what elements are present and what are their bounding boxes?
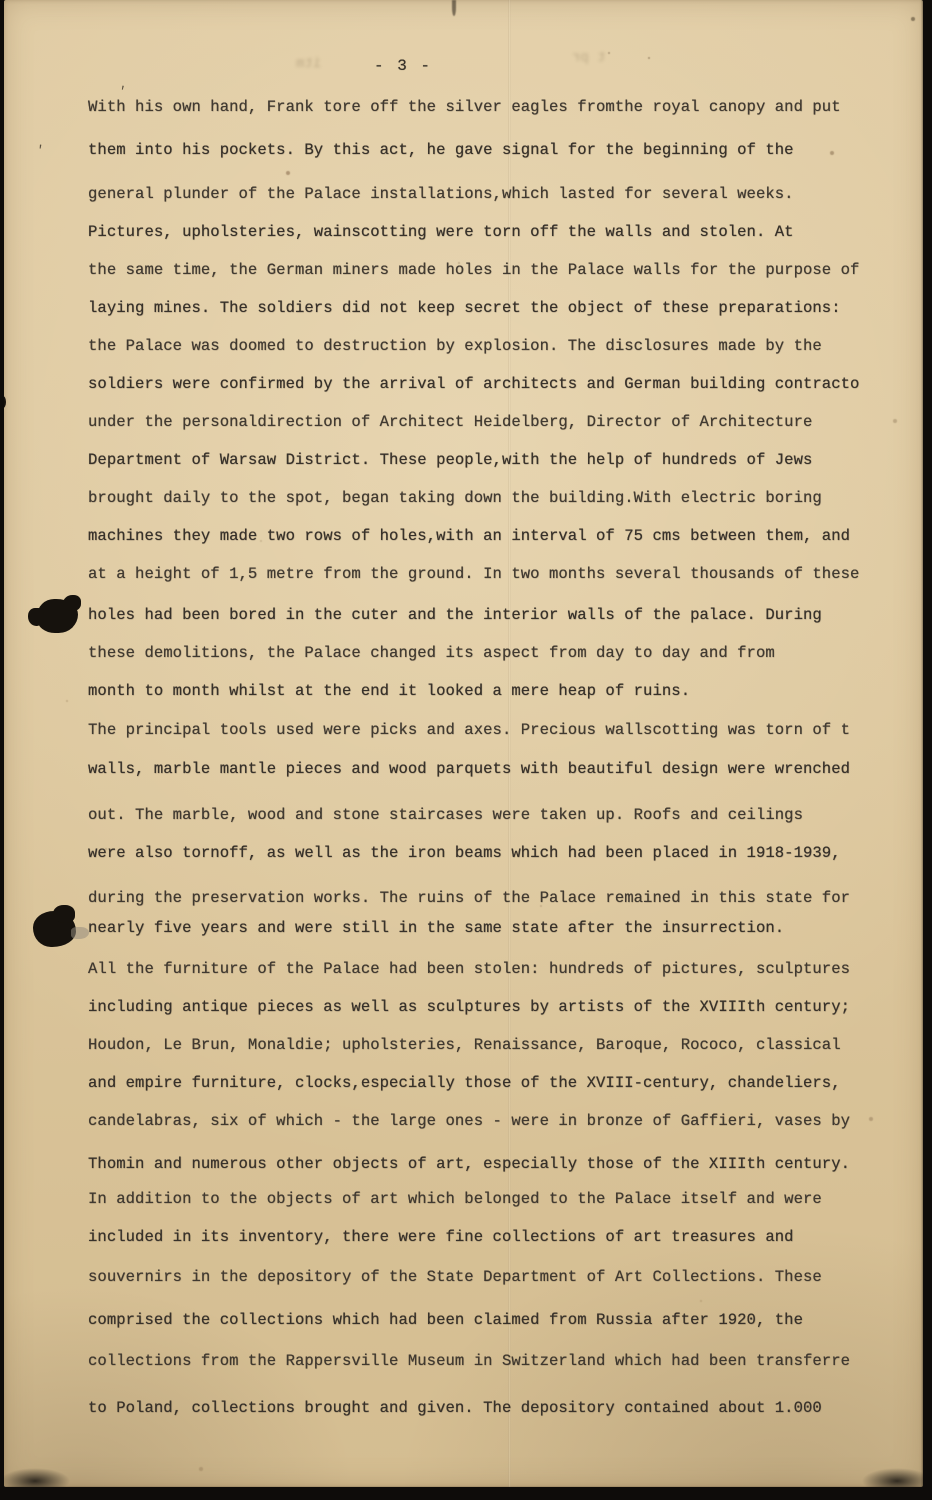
scan-edge-right [921,0,932,1500]
text-line: candelabras, six of which - the large on… [88,1111,850,1131]
text-line: were also tornoff, as well as the iron b… [88,843,841,863]
text-line: at a height of 1,5 metre from the ground… [88,564,859,584]
text-line: brought daily to the spot, began taking … [88,488,822,508]
text-line: under the personaldirection of Architect… [88,412,812,432]
text-line: the same time, the German miners made ho… [88,260,859,280]
text-line: general plunder of the Palace installati… [88,184,794,204]
text-line: and empire furniture, clocks,especially … [88,1073,841,1093]
text-line: during the preservation works. The ruins… [88,888,850,908]
scan-corner-shadow [0,1468,70,1494]
scan-edge-left [0,0,4,1500]
text-line: machines they made two rows of holes,wit… [88,526,850,546]
text-line: Department of Warsaw District. These peo… [88,450,812,470]
ink-smudge: itm [296,56,321,72]
text-line: souvernirs in the depository of the Stat… [88,1267,822,1287]
text-line: out. The marble, wood and stone staircas… [88,805,803,825]
text-line: comprised the collections which had been… [88,1310,803,1330]
top-edge-mark [452,0,456,16]
page-number: - 3 - [374,57,432,75]
text-line: collections from the Rappersville Museum… [88,1351,850,1371]
text-line: walls, marble mantle pieces and wood par… [88,759,850,779]
text-line: soldiers were confirmed by the arrival o… [88,374,859,394]
text-line: With his own hand, Frank tore off the si… [88,97,841,117]
text-line: including antique pieces as well as scul… [88,997,850,1017]
text-line: All the furniture of the Palace had been… [88,959,850,979]
text-line: laying mines. The soldiers did not keep … [88,298,841,318]
scan-edge-bottom [0,1486,932,1500]
ink-smudge: t pr [572,50,606,66]
text-line: The principal tools used were picks and … [88,720,850,740]
scan-corner-shadow [862,1468,932,1494]
ink-blot [37,599,78,633]
text-line: Thomin and numerous other objects of art… [88,1154,850,1174]
text-line: to Poland, collections brought and given… [88,1398,822,1418]
text-line: Houdon, Le Brun, Monaldie; upholsteries,… [88,1035,841,1055]
text-line: nearly five years and were still in the … [88,918,784,938]
text-line: the Palace was doomed to destruction by … [88,336,822,356]
text-line: month to month whilst at the end it look… [88,681,690,701]
text-line: Pictures, upholsteries, wainscotting wer… [88,222,794,242]
text-line: holes had been bored in the cuter and th… [88,605,822,625]
text-line: them into his pockets. By this act, he g… [88,140,794,160]
scanned-document: itm t pr - 3 - With his own hand, Frank … [0,0,932,1500]
ink-blot [33,911,76,947]
text-line: included in its inventory, there were fi… [88,1227,794,1247]
text-line: these demolitions, the Palace changed it… [88,643,775,663]
text-line: In addition to the objects of art which … [88,1189,822,1209]
